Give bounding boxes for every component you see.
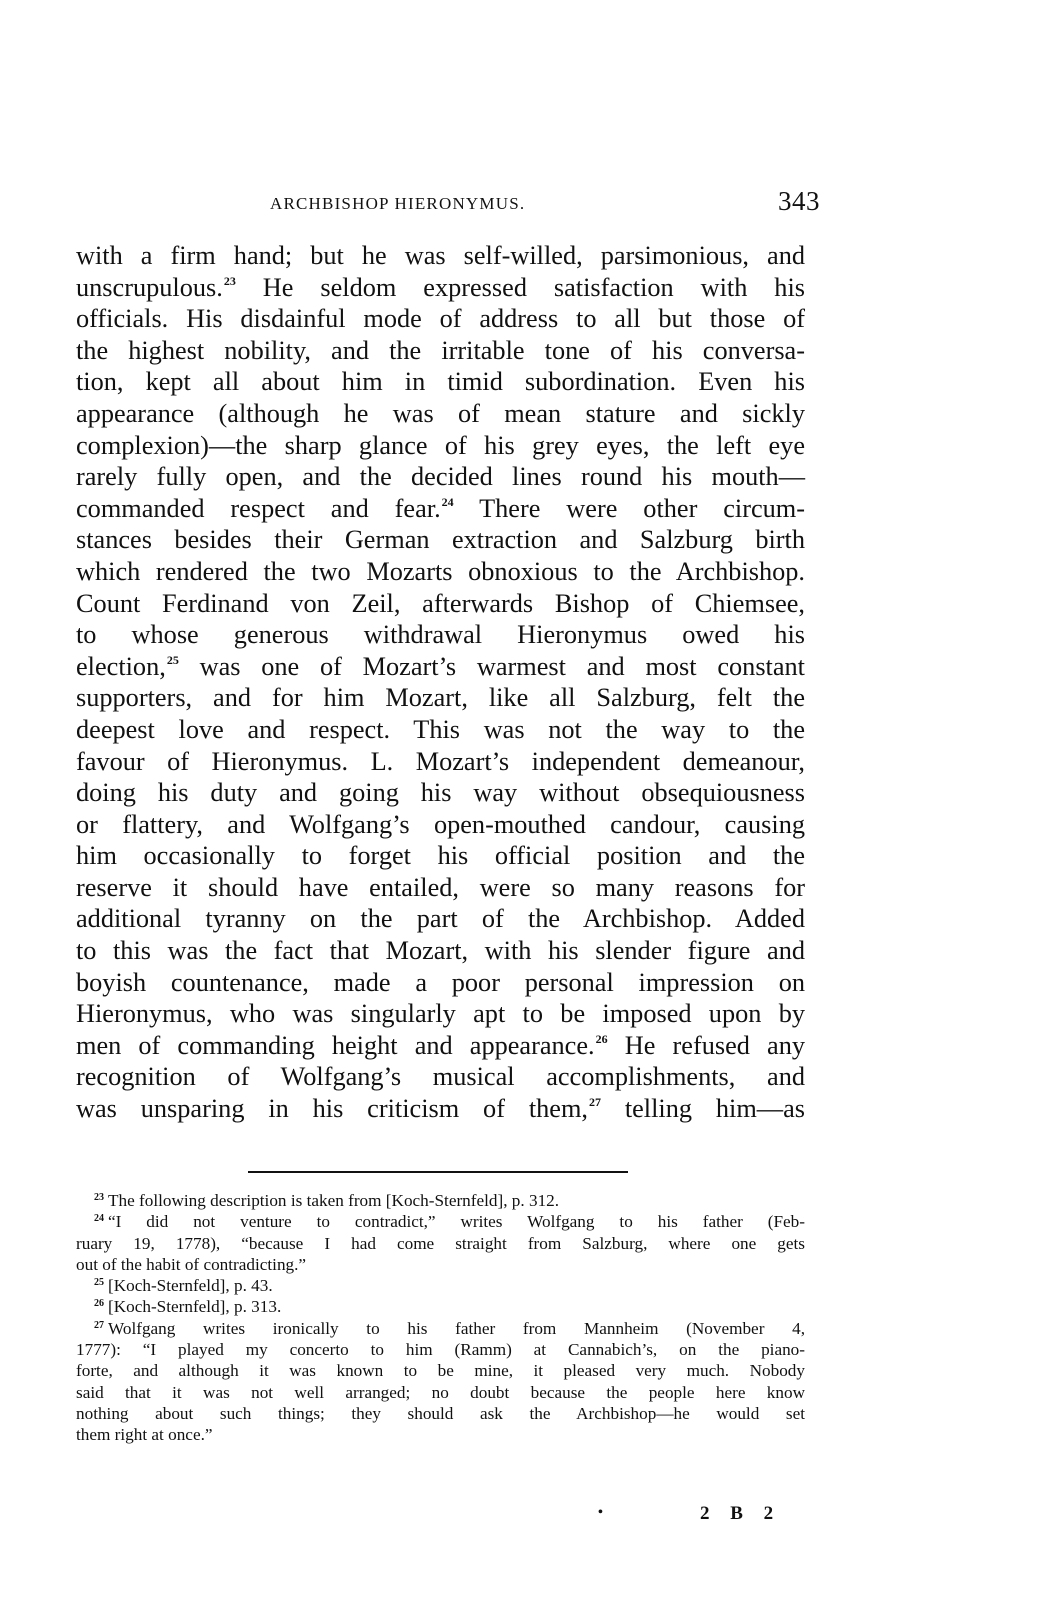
footnote-text: The following description is taken from … xyxy=(108,1191,559,1210)
footnote-text: “I did not venture to contradict,” write… xyxy=(108,1212,805,1231)
footnote-line: 25[Koch-Sternfeld], p. 43. xyxy=(76,1275,805,1296)
body-line: with a firm hand; but he was self-willed… xyxy=(76,240,805,272)
signature-mark: 2 B 2 xyxy=(700,1503,781,1525)
body-line-text: doing his duty and going his way without… xyxy=(76,778,805,807)
footnote-number: 23 xyxy=(94,1192,104,1203)
body-line-text: favour of Hieronymus. L. Mozart’s indepe… xyxy=(76,747,805,776)
body-line-text: or flattery, and Wolfgang’s open-mouthed… xyxy=(76,810,805,839)
page-number: 343 xyxy=(778,186,820,217)
body-line: the highest nobility, and the irritable … xyxy=(76,335,805,367)
body-line-text: supporters, and for him Mozart, like all… xyxy=(76,683,805,712)
printer-mark: • xyxy=(598,1505,603,1521)
footnote-number: 25 xyxy=(94,1277,104,1288)
body-line-text: additional tyranny on the part of the Ar… xyxy=(76,904,805,933)
book-page: ARCHBISHOP HIERONYMUS. 343 with a firm h… xyxy=(0,0,1037,1600)
footnote-reference[interactable]: 26 xyxy=(596,1032,608,1046)
body-line: election,25 was one of Mozart’s warmest … xyxy=(76,651,805,683)
footnote-text: 1777): “I played my concerto to him (Ram… xyxy=(76,1340,805,1359)
body-line-text-after: was one of Mozart’s warmest and most con… xyxy=(179,652,805,681)
footnote-text: nothing about such things; they should a… xyxy=(76,1404,805,1423)
body-line-text-after: There were other circum- xyxy=(454,494,805,523)
footnote-reference[interactable]: 24 xyxy=(442,495,454,509)
body-line-text: was unsparing in his criticism of them, xyxy=(76,1094,588,1123)
footnote-line: 23The following description is taken fro… xyxy=(76,1190,805,1211)
body-line-text: unscrupulous. xyxy=(76,273,223,302)
footnote-reference[interactable]: 25 xyxy=(167,653,179,667)
body-line-text-after: He seldom expressed satisfaction with hi… xyxy=(236,273,805,302)
footnote-text: forte, and although it was known to be m… xyxy=(76,1361,805,1380)
footnote-line: forte, and although it was known to be m… xyxy=(76,1360,805,1381)
body-line: complexion)—the sharp glance of his grey… xyxy=(76,430,805,462)
footnotes: 23The following description is taken fro… xyxy=(76,1190,805,1446)
footnote-line: said that it was not well arranged; no d… xyxy=(76,1382,805,1403)
body-line-text: Hieronymus, who was singularly apt to be… xyxy=(76,999,805,1028)
body-line-text: men of commanding height and appearance. xyxy=(76,1031,595,1060)
body-line: was unsparing in his criticism of them,2… xyxy=(76,1093,805,1125)
body-line-text: recognition of Wolfgang’s musical accomp… xyxy=(76,1062,805,1091)
running-title: ARCHBISHOP HIERONYMUS. xyxy=(270,194,525,214)
body-line: or flattery, and Wolfgang’s open-mouthed… xyxy=(76,809,805,841)
footnote-reference[interactable]: 23 xyxy=(224,274,236,288)
footnote-line: 1777): “I played my concerto to him (Ram… xyxy=(76,1339,805,1360)
footnote-text: said that it was not well arranged; no d… xyxy=(76,1383,805,1402)
body-line-text: with a firm hand; but he was self-willed… xyxy=(76,241,805,270)
body-line-text-after: He refused any xyxy=(608,1031,805,1060)
body-line-text: officials. His disdainful mode of addres… xyxy=(76,304,805,333)
body-text: with a firm hand; but he was self-willed… xyxy=(76,240,805,1125)
body-line-text: stances besides their German extraction … xyxy=(76,525,805,554)
footnote-divider xyxy=(248,1171,628,1173)
body-line: men of commanding height and appearance.… xyxy=(76,1030,805,1062)
body-line: recognition of Wolfgang’s musical accomp… xyxy=(76,1061,805,1093)
body-line-text: reserve it should have entailed, were so… xyxy=(76,873,805,902)
footnote-line: them right at once.” xyxy=(76,1424,805,1445)
body-line-text: the highest nobility, and the irritable … xyxy=(76,336,805,365)
footnote-number: 27 xyxy=(94,1320,104,1331)
body-line: supporters, and for him Mozart, like all… xyxy=(76,682,805,714)
body-line-text-after: telling him—as xyxy=(601,1094,805,1123)
body-line-text: deepest love and respect. This was not t… xyxy=(76,715,805,744)
body-line-text: rarely fully open, and the decided lines… xyxy=(76,462,805,491)
body-line: appearance (although he was of mean stat… xyxy=(76,398,805,430)
footnote-text: Wolfgang writes ironically to his father… xyxy=(108,1319,805,1338)
footnote-line: 26[Koch-Sternfeld], p. 313. xyxy=(76,1296,805,1317)
body-line: doing his duty and going his way without… xyxy=(76,777,805,809)
body-line: additional tyranny on the part of the Ar… xyxy=(76,903,805,935)
body-line: favour of Hieronymus. L. Mozart’s indepe… xyxy=(76,746,805,778)
footnote-number: 24 xyxy=(94,1213,104,1224)
footnote-text: out of the habit of contradicting.” xyxy=(76,1255,306,1274)
body-line-text: him occasionally to forget his official … xyxy=(76,841,805,870)
body-line: Count Ferdinand von Zeil, afterwards Bis… xyxy=(76,588,805,620)
body-line: unscrupulous.23 He seldom expressed sati… xyxy=(76,272,805,304)
body-line: tion, kept all about him in timid subord… xyxy=(76,366,805,398)
body-line-text: tion, kept all about him in timid subord… xyxy=(76,367,805,396)
footnote-line: 24“I did not venture to contradict,” wri… xyxy=(76,1211,805,1232)
body-line-text: Count Ferdinand von Zeil, afterwards Bis… xyxy=(76,589,805,618)
footnote-text: [Koch-Sternfeld], p. 313. xyxy=(108,1297,281,1316)
running-head: ARCHBISHOP HIERONYMUS. 343 xyxy=(270,186,820,222)
body-line: stances besides their German extraction … xyxy=(76,524,805,556)
body-line: which rendered the two Mozarts obnoxious… xyxy=(76,556,805,588)
body-line: boyish countenance, made a poor personal… xyxy=(76,967,805,999)
footnote-line: ruary 19, 1778), “because I had come str… xyxy=(76,1233,805,1254)
footnote-line: nothing about such things; they should a… xyxy=(76,1403,805,1424)
body-line: him occasionally to forget his official … xyxy=(76,840,805,872)
body-line: reserve it should have entailed, were so… xyxy=(76,872,805,904)
body-line-text: boyish countenance, made a poor personal… xyxy=(76,968,805,997)
body-line-text: election, xyxy=(76,652,166,681)
footnote-text: [Koch-Sternfeld], p. 43. xyxy=(108,1276,273,1295)
body-line: Hieronymus, who was singularly apt to be… xyxy=(76,998,805,1030)
body-line: deepest love and respect. This was not t… xyxy=(76,714,805,746)
body-line-text: which rendered the two Mozarts obnoxious… xyxy=(76,557,805,586)
body-line: to whose generous withdrawal Hieronymus … xyxy=(76,619,805,651)
footnote-line: 27Wolfgang writes ironically to his fath… xyxy=(76,1318,805,1339)
body-line-text: commanded respect and fear. xyxy=(76,494,441,523)
footnote-reference[interactable]: 27 xyxy=(589,1095,601,1109)
footnote-line: out of the habit of contradicting.” xyxy=(76,1254,805,1275)
footnote-text: ruary 19, 1778), “because I had come str… xyxy=(76,1234,805,1253)
body-line: to this was the fact that Mozart, with h… xyxy=(76,935,805,967)
body-line: rarely fully open, and the decided lines… xyxy=(76,461,805,493)
body-line-text: to this was the fact that Mozart, with h… xyxy=(76,936,805,965)
body-line: commanded respect and fear.24 There were… xyxy=(76,493,805,525)
body-line-text: complexion)—the sharp glance of his grey… xyxy=(76,431,805,460)
footnote-number: 26 xyxy=(94,1298,104,1309)
body-line-text: to whose generous withdrawal Hieronymus … xyxy=(76,620,805,649)
footnote-text: them right at once.” xyxy=(76,1425,213,1444)
body-line: officials. His disdainful mode of addres… xyxy=(76,303,805,335)
body-line-text: appearance (although he was of mean stat… xyxy=(76,399,805,428)
